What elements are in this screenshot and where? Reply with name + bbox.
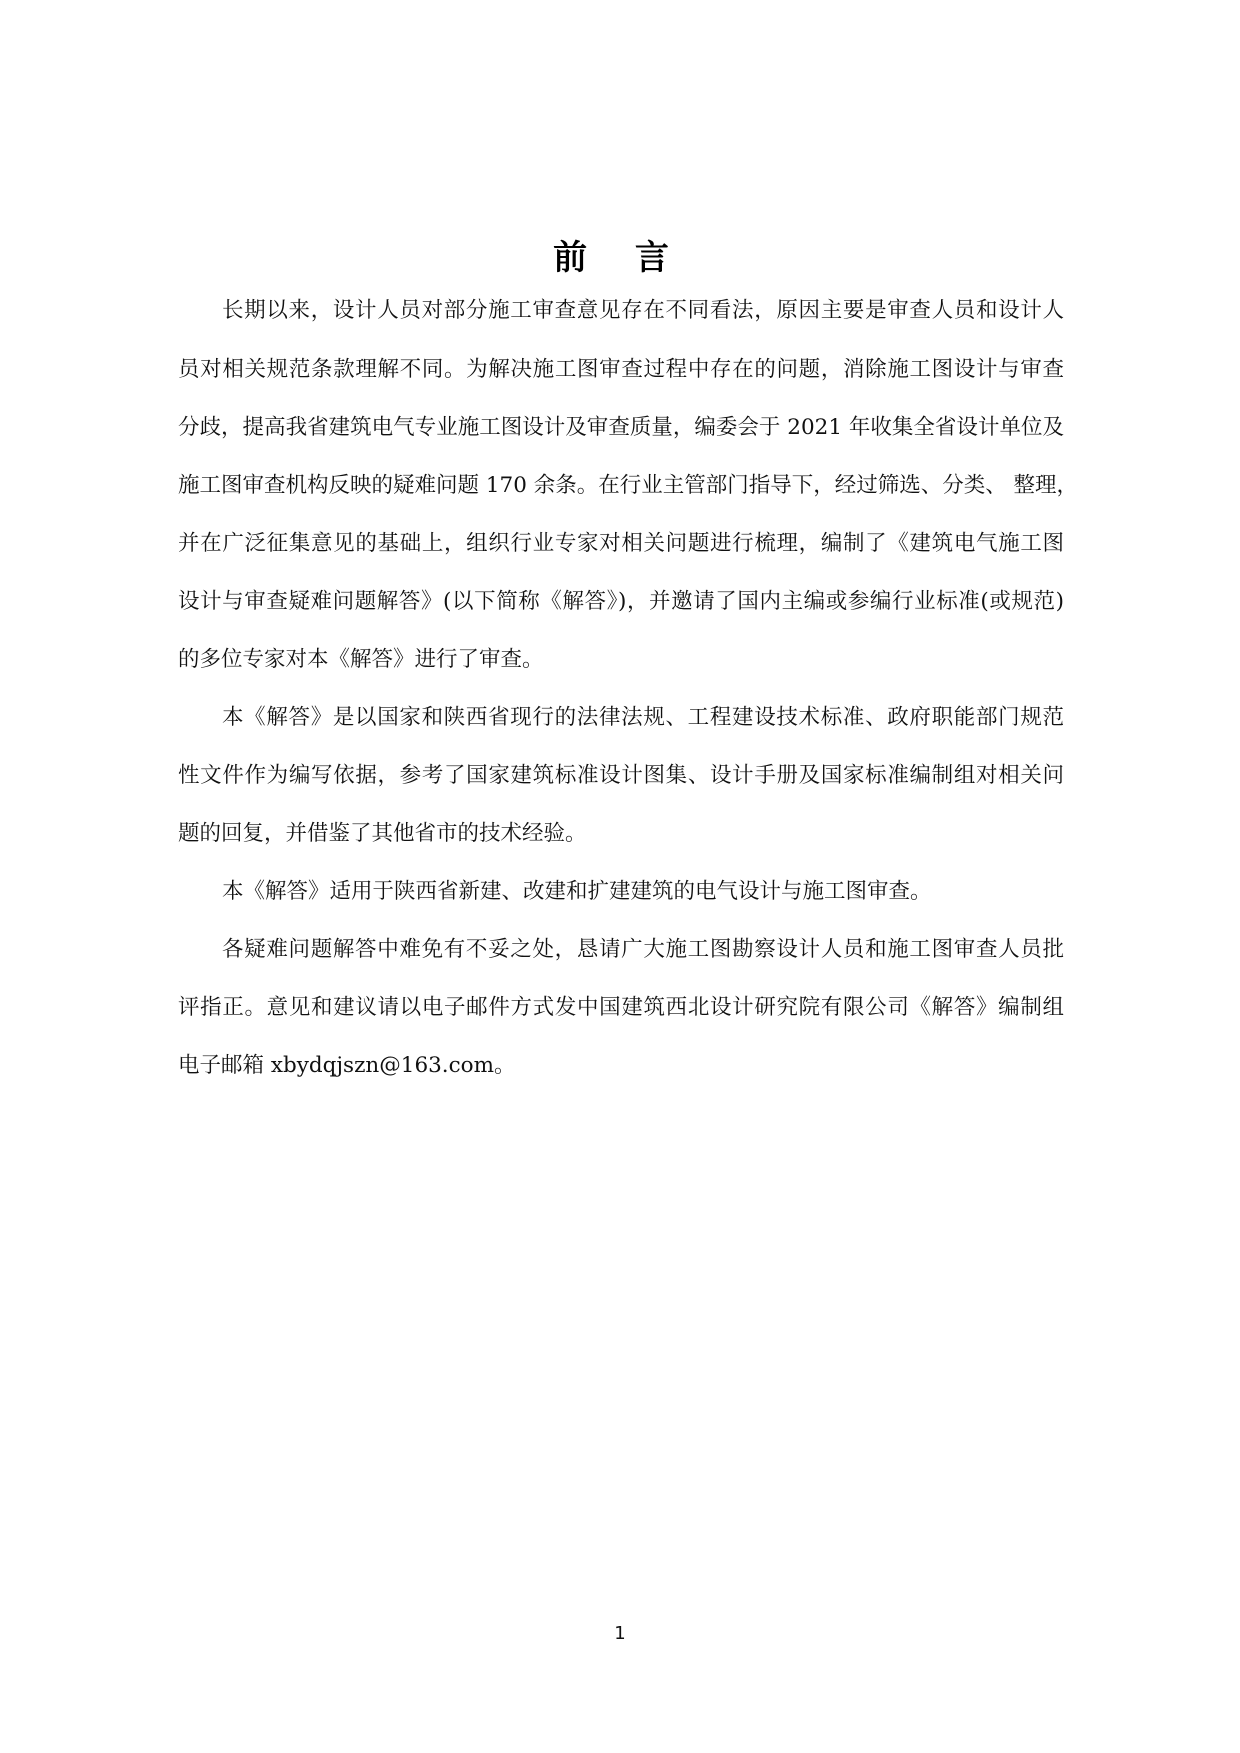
paragraph-line: 本《解答》是以国家和陕西省现行的法律法规、工程建设技术标准、政府职能部门规范	[222, 703, 1064, 733]
document-page: 前 言 长期以来，设计人员对部分施工审查意见存在不同看法，原因主要是审查人员和设…	[0, 0, 1240, 1753]
paragraph-line: 的多位专家对本《解答》进行了审查。	[178, 645, 1064, 675]
page-number: 1	[0, 1622, 1240, 1646]
paragraph-line: 本《解答》适用于陕西省新建、改建和扩建建筑的电气设计与施工图审查。	[222, 877, 1064, 907]
paragraph-line: 员对相关规范条款理解不同。为解决施工图审查过程中存在的问题，消除施工图设计与审查	[178, 355, 1064, 385]
paragraph-line: 性文件作为编写依据，参考了国家建筑标准设计图集、设计手册及国家标准编制组对相关问	[178, 761, 1064, 791]
paragraph-line: 长期以来，设计人员对部分施工审查意见存在不同看法，原因主要是审查人员和设计人	[222, 296, 1064, 326]
paragraph-line: 设计与审查疑难问题解答》(以下简称《解答》)，并邀请了国内主编或参编行业标准(或…	[178, 587, 1064, 617]
paragraph-line: 各疑难问题解答中难免有不妥之处，恳请广大施工图勘察设计人员和施工图审查人员批	[222, 935, 1064, 965]
page-title: 前 言	[0, 236, 1240, 280]
contact-email-line: 电子邮箱 xbydqjszn@163.com。	[178, 1051, 1064, 1081]
paragraph-line: 施工图审查机构反映的疑难问题 170 余条。在行业主管部门指导下，经过筛选、分类…	[178, 471, 1064, 501]
paragraph-line: 并在广泛征集意见的基础上，组织行业专家对相关问题进行梳理，编制了《建筑电气施工图	[178, 529, 1064, 559]
paragraph-line: 题的回复，并借鉴了其他省市的技术经验。	[178, 819, 1064, 849]
paragraph-line: 分歧，提高我省建筑电气专业施工图设计及审查质量，编委会于 2021 年收集全省设…	[178, 413, 1064, 443]
paragraph-line: 评指正。意见和建议请以电子邮件方式发中国建筑西北设计研究院有限公司《解答》编制组	[178, 993, 1064, 1023]
